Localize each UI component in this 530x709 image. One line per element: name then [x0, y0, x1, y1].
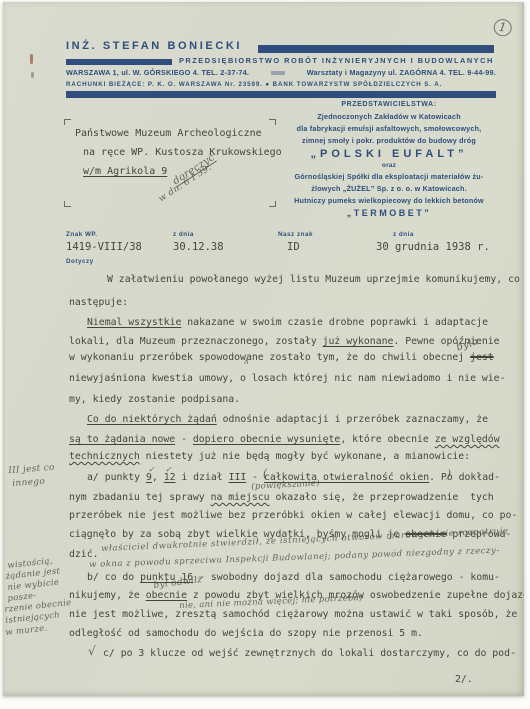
underlined-text: dopiero obecnie wysunięte	[193, 434, 340, 445]
handwritten-annotation: √	[88, 644, 96, 658]
ref-value-date-1: 30.12.38	[173, 241, 224, 253]
typed-line: b/ co do punktu 16 - swobodny dojazd dla…	[87, 572, 500, 583]
handwritten-annotation: ʌ	[244, 357, 249, 366]
typed-text: na miejscu	[211, 492, 270, 503]
letterhead-bank-accounts: RACHUNKI BIEŻĄCE: P. K. O. WARSZAWA Nr. …	[66, 81, 442, 88]
typed-text: c/ po 3 klucze od wejść zewnętrznych do …	[103, 648, 516, 659]
letterhead-address-workshops: Warsztaty i Magazyny ul. ZAGÓRNA 4. TEL.…	[307, 68, 496, 77]
handwritten-annotation: innego	[12, 477, 45, 489]
typed-text: nikujemy, że	[69, 590, 146, 601]
address-corner-mark	[269, 201, 276, 207]
typed-text: nie jest możliwe, zresztą samochód cięża…	[69, 609, 517, 620]
typed-line: Niemal wszystkie nakazane w swoim czasie…	[87, 317, 488, 328]
ref-value-znak-wp: 1419-VIII/38	[66, 241, 142, 253]
typed-text: ze względów	[435, 434, 500, 445]
recipient-line: na ręce WP. Kustosza Krukowskiego	[83, 143, 282, 162]
handwritten-annotation: III jest co	[8, 463, 55, 476]
typed-text: w wykonaniu przeróbek spowodowane został…	[69, 352, 470, 363]
paper-sheet: INŻ. STEFAN BONIECKI PRZEDSIĘBIORSTWO RO…	[3, 2, 524, 696]
rep-line: Zjednoczonych Zakładów w Katowicach	[284, 111, 494, 123]
typed-line: technicznych niestety już nie będą mogły…	[69, 451, 470, 462]
typed-line: W załatwieniu powołanego wyżej listu Muz…	[107, 274, 520, 285]
typed-text: my, kiedy zostanie podpisana.	[69, 394, 240, 405]
address-corner-mark	[64, 201, 71, 207]
ref-label-nasz-znak: Nasz znak	[278, 231, 313, 238]
rep-line: Górnośląskiej Spółki dla eksploatacji ma…	[284, 171, 494, 183]
rep-line: dla fabrykacji emulsji asfaltowych, smoł…	[284, 123, 494, 135]
typed-line: nym zbadaniu tej sprawy na miejscu okaza…	[69, 492, 494, 503]
letterhead-address-row: WARSZAWA 1, ul. W. GÓRSKIEGO 4. TEL. 2-3…	[66, 68, 496, 77]
underlined-text: obecnie	[146, 590, 187, 601]
typed-text: nym zbadaniu tej sprawy	[69, 492, 211, 503]
typed-line: nie jest możliwe, zresztą samochód cięża…	[69, 609, 517, 620]
typed-text: i dział	[175, 472, 228, 483]
handwritten-annotation: ✓	[165, 465, 172, 474]
typed-line: odległość od samochodu do wejścia do szo…	[69, 628, 423, 639]
typed-line: następuje:	[69, 297, 128, 308]
address-corner-mark	[64, 119, 71, 125]
typed-text: a/ punkty	[87, 472, 146, 483]
ref-label-z-dnia-1: z dnia	[173, 231, 194, 238]
typed-text: -	[175, 434, 193, 445]
letterhead-thick-rule	[66, 91, 496, 98]
typed-text: odległość od samochodu do wejścia do szo…	[69, 628, 423, 639]
letterhead-address-warsaw: WARSZAWA 1, ul. W. GÓRSKIEGO 4. TEL. 2-3…	[66, 68, 249, 77]
typed-text: . Pewne opóźnienie	[393, 336, 499, 347]
typed-text: odnośnie adaptacji i przeróbek zaznaczam…	[217, 414, 488, 425]
typed-text: niewyjaśniona kwestia umowy, o losach kt…	[69, 373, 505, 384]
typed-line: my, kiedy zostanie podpisana.	[69, 394, 240, 405]
typed-line: 2/.	[455, 674, 473, 685]
recipient-line: Państwowe Muzeum Archeologiczne	[75, 124, 282, 143]
typed-text: technicznych	[69, 451, 140, 462]
underlined-text: Co do niektórych żądań	[87, 414, 217, 425]
typed-line: przeróbek nie jest możliwe bez przeróbki…	[69, 510, 517, 521]
letterhead-bar-left	[66, 59, 172, 65]
handwritten-annotation: ✓	[148, 465, 155, 474]
typed-text: następuje:	[69, 297, 128, 308]
underlined-text: już wykonane	[323, 336, 394, 347]
rep-brand-zuzel: żlowych „ŻUŻEL” Sp. z o. o. w Katowicach…	[284, 183, 494, 195]
typed-text: , które obecnie	[340, 434, 434, 445]
typed-line: są to żądania nowe - dopiero obecnie wys…	[69, 434, 500, 445]
representatives-heading: PRZEDSTAWICIELSTWA:	[284, 101, 494, 108]
letterhead-subtitle: PRZEDSIĘBIORSTWO ROBÓT INŻYNIERYJNYCH I …	[179, 56, 494, 65]
edge-pencil-mark	[30, 54, 33, 64]
scanned-letter-page: INŻ. STEFAN BONIECKI PRZEDSIĘBIORSTWO RO…	[0, 0, 530, 709]
typed-text: lokali, dla Muzeum przeznaczonego, zosta…	[69, 336, 323, 347]
ref-label-dotyczy: Dotyczy	[66, 258, 94, 265]
ref-value-nasz-znak: ID	[287, 241, 300, 253]
handwritten-annotation: (powiększanie)	[251, 478, 320, 492]
letterhead-bar-right	[258, 45, 494, 53]
rep-brand-termobet: „TERMOBET”	[284, 207, 494, 220]
typed-line: dzić.	[69, 549, 99, 560]
typed-text: b/ co do	[87, 572, 140, 583]
typed-text: okazało się, że przeprowadzenie tych	[270, 492, 494, 503]
typed-line: c/ po 3 klucze od wejść zewnętrznych do …	[103, 648, 516, 659]
edge-pencil-mark	[31, 72, 34, 78]
typed-text: dzić.	[69, 549, 99, 560]
typed-line: lokali, dla Muzeum przeznaczonego, zosta…	[69, 336, 500, 347]
ref-label-znak-wp: Znak WP.	[66, 231, 98, 238]
rep-line-oraz: oraz	[284, 161, 494, 171]
rep-brand-polski-eufalt: „POLSKI EUFALT”	[284, 148, 494, 161]
typed-text: . Po dokład-	[429, 472, 500, 483]
typed-text: przeróbek nie jest możliwe bez przeróbki…	[69, 510, 517, 521]
typed-line: niewyjaśniona kwestia umowy, o losach kt…	[69, 373, 505, 384]
rep-line: zimnej smoły i pokr. produktów do budowy…	[284, 135, 494, 147]
underlined-text: Niemal wszystkie	[87, 317, 181, 328]
typed-text: nakazane w swoim czasie drobne poprawki …	[181, 317, 488, 328]
letterhead-company-name: INŻ. STEFAN BONIECKI	[66, 40, 242, 52]
representatives-block: PRZEDSTAWICIELSTWA: Zjednoczonych Zakład…	[284, 101, 494, 220]
ref-label-z-dnia-2: z dnia	[393, 231, 414, 238]
handwritten-annotation: 1	[493, 18, 513, 37]
underlined-text: są to żądania nowe	[69, 434, 175, 445]
address-separator-dash	[271, 71, 285, 75]
typed-text: - swobodny dojazd dla samochodu ciężarow…	[193, 572, 500, 583]
typed-text: 2/.	[455, 674, 473, 685]
typed-text: niestety już nie będą mogły być wykonane…	[140, 451, 470, 462]
handwritten-annotation: w murze.	[5, 624, 48, 638]
handwritten-annotation: (	[262, 466, 268, 480]
struck-text: jest	[470, 352, 494, 363]
rep-line: Hutniczy pumeks wielkopiecowy do lekkich…	[284, 195, 494, 207]
ref-value-date-2: 30 grudnia 1938 r.	[376, 241, 490, 253]
typed-text: W załatwieniu powołanego wyżej listu Muz…	[107, 274, 520, 285]
typed-line: w wykonaniu przeróbek spowodowane został…	[69, 352, 494, 363]
typed-line: Co do niektórych żądań odnośnie adaptacj…	[87, 414, 488, 425]
underlined-text: III	[229, 472, 247, 483]
